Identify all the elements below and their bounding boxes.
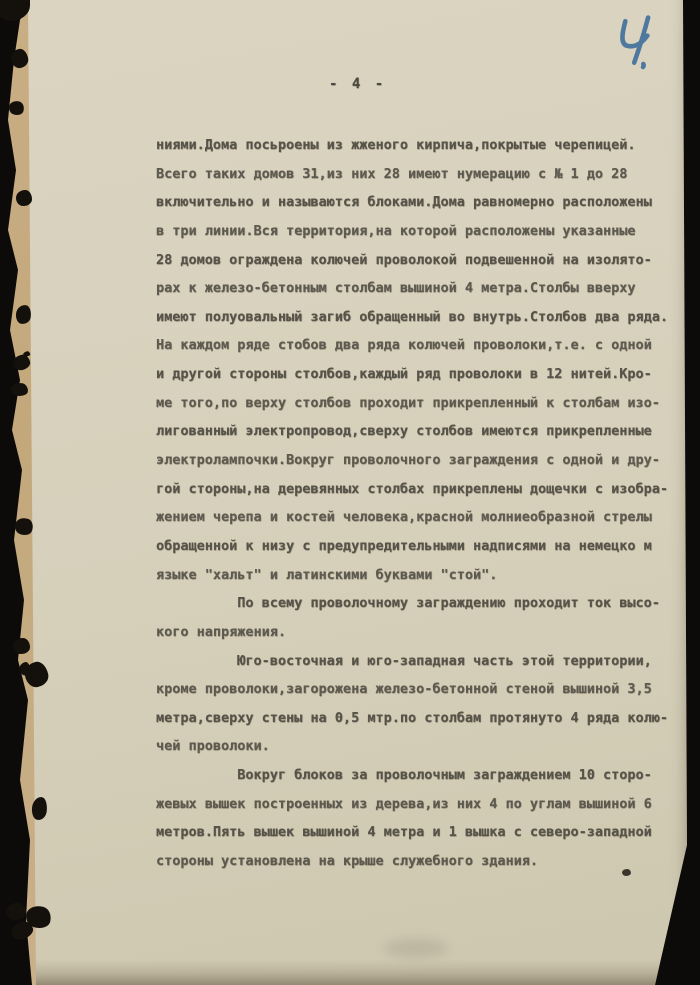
paper-smudge xyxy=(384,938,448,958)
text-line: кого напряжения. xyxy=(156,618,690,647)
text-line: в три линии.Вся территория,на которой ра… xyxy=(156,217,690,246)
text-line: электролампочки.Вокруг проволочного загр… xyxy=(156,446,690,475)
scan-background: { "document": { "handwritten_number": "4… xyxy=(0,0,700,985)
text-line: По всему проволочному заграждению проход… xyxy=(156,589,690,618)
text-line: ниями.Дома посьроены из жженого кирпича,… xyxy=(156,131,690,160)
text-line: и другой стороны столбов,каждый ряд пров… xyxy=(156,360,690,389)
text-line: метров.Пять вышек вышиной 4 метра и 1 вы… xyxy=(156,818,690,847)
handwritten-page-number xyxy=(609,10,677,80)
text-line: чей проволоки. xyxy=(156,732,690,761)
document-body-text: ниями.Дома посьроены из жженого кирпича,… xyxy=(156,131,690,876)
text-line: Юго-восточная и юго-западная часть этой … xyxy=(156,647,690,676)
ink-speck xyxy=(622,869,631,876)
text-line: 28 домов ограждена колючей проволокой по… xyxy=(156,246,690,275)
text-line: кроме проволоки,загорожена железо-бетонн… xyxy=(156,675,690,704)
document-page: - 4 - ниями.Дома посьроены из жженого ки… xyxy=(26,0,688,985)
text-line: имеют полуовальный загиб обращенный во в… xyxy=(156,303,690,332)
typed-page-number: - 4 - xyxy=(329,76,386,92)
text-line: метра,сверху стены на 0,5 мтр.по столбам… xyxy=(156,704,690,733)
text-line: ме того,по верху столбов проходит прикре… xyxy=(156,389,690,418)
text-line: стороны установлена на крыше служебного … xyxy=(156,847,690,876)
text-line: На каждом ряде стобов два ряда колючей п… xyxy=(156,331,690,360)
text-line: жевых вышек построенных из дерева,из них… xyxy=(156,790,690,819)
ink-blot xyxy=(13,638,30,654)
text-line: гой стороны,на деревянных столбах прикре… xyxy=(156,475,690,504)
text-line: лигованный электропровод,сверху столбов … xyxy=(156,417,690,446)
text-line: жением черепа и костей человека,красной … xyxy=(156,503,690,532)
ink-blot xyxy=(16,190,32,206)
text-line: включительно и называются блоками.Дома р… xyxy=(156,188,690,217)
text-line: рах к железо-бетонным столбам вышиной 4 … xyxy=(156,274,690,303)
ink-blot xyxy=(5,902,27,922)
text-line: языке "хальт" и латинскими буквами "стой… xyxy=(156,561,690,590)
text-line: Всего таких домов 31,из них 28 имеют нум… xyxy=(156,160,690,189)
text-line: обращенной к низу с предупредительными н… xyxy=(156,532,690,561)
text-line: Вокруг блоков за проволочным заграждение… xyxy=(156,761,690,790)
